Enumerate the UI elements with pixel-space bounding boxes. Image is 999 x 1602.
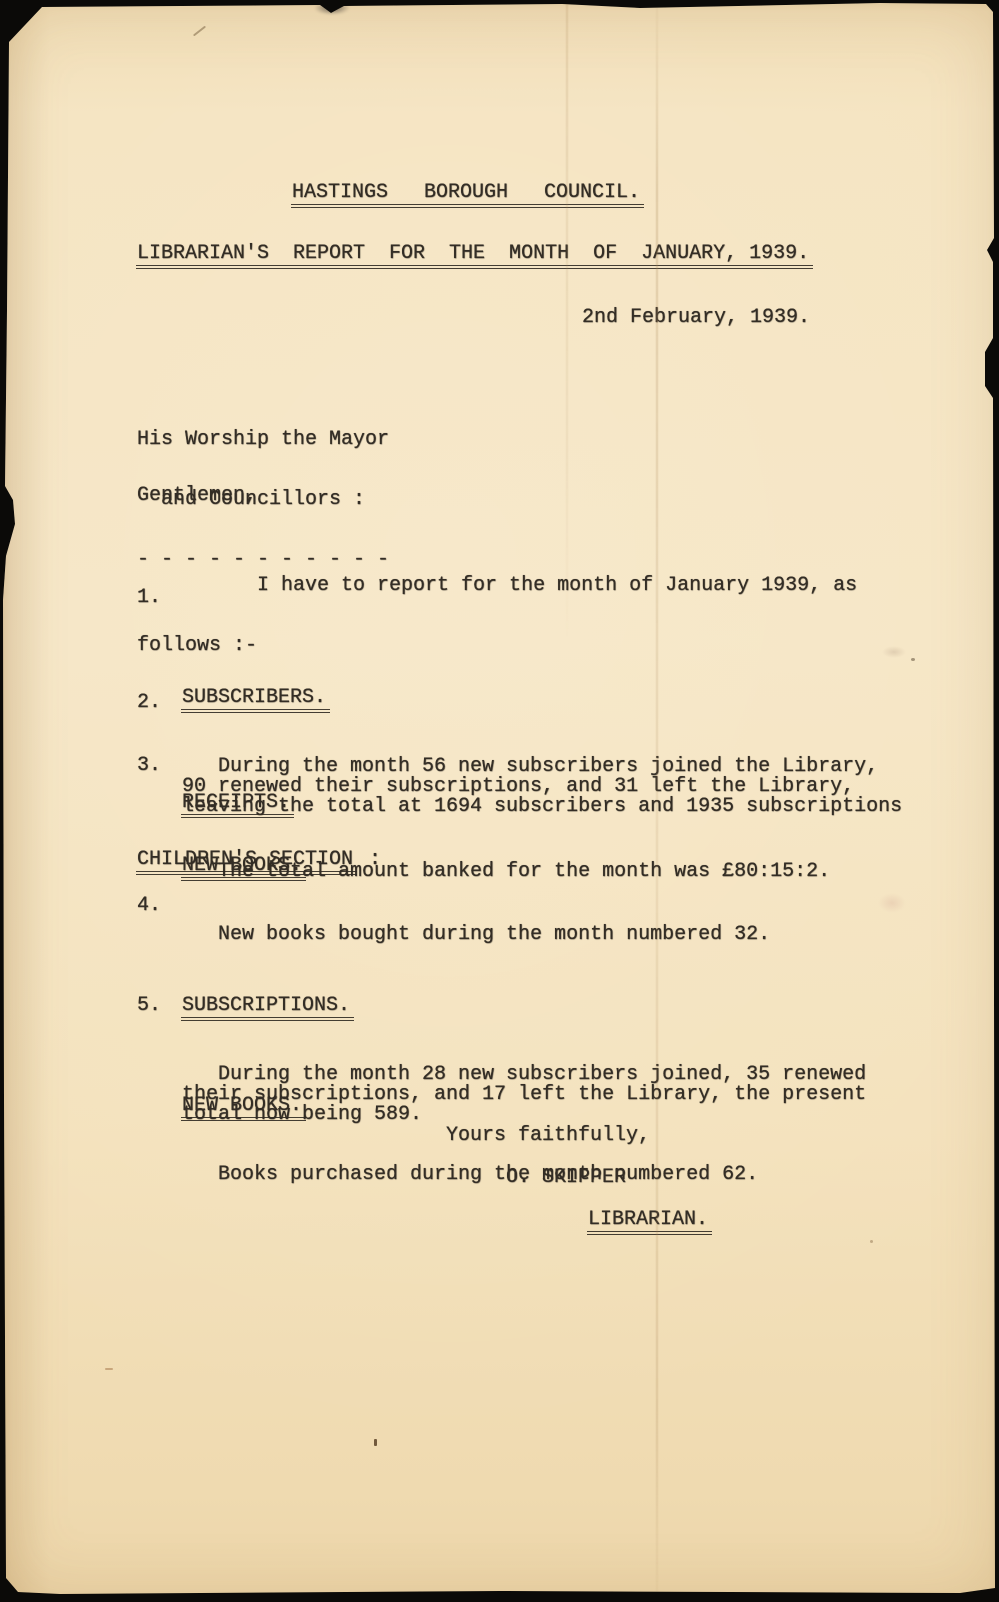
ink-smudge xyxy=(314,1,350,15)
children-section-heading-text: CHILDREN'S SECTION xyxy=(136,850,357,875)
item-number: 2. xyxy=(137,693,161,713)
council-title: HASTINGS BOROUGH COUNCIL. xyxy=(292,183,644,208)
paper-scratch xyxy=(193,26,206,37)
stray-ink-dot xyxy=(911,658,915,661)
children-section-heading: CHILDREN'S SECTION : xyxy=(137,850,381,875)
addressee-line: His Worship the Mayor xyxy=(137,430,389,450)
children-section-heading-colon: : xyxy=(357,848,381,871)
item-number: 1. xyxy=(137,588,161,608)
report-title: LIBRARIAN'S REPORT FOR THE MONTH OF JANU… xyxy=(137,244,813,269)
document-page: HASTINGS BOROUGH COUNCIL. LIBRARIAN'S RE… xyxy=(0,0,999,1602)
item-number: 5. xyxy=(137,996,161,1016)
council-title-text: HASTINGS BOROUGH COUNCIL. xyxy=(291,183,644,208)
item-heading-text: NEW BOOKS. xyxy=(181,1096,306,1121)
item-number: 3. xyxy=(137,756,161,776)
scanned-document: HASTINGS BOROUGH COUNCIL. LIBRARIAN'S RE… xyxy=(0,0,999,1602)
signature-name: O. SKIPPER xyxy=(506,1168,626,1188)
item-heading: NEW BOOKS. xyxy=(182,1096,758,1121)
salutation: Gentlemen, xyxy=(137,486,257,506)
paper-speck xyxy=(870,1240,873,1243)
item-body-line: Books purchased during the month numbere… xyxy=(182,1165,758,1185)
item-number: 4. xyxy=(137,896,161,916)
paper-speck xyxy=(374,1439,377,1446)
paper-speck xyxy=(105,1368,113,1370)
item-body: Books purchased during the month numbere… xyxy=(182,1165,758,1185)
valediction: Yours faithfully, xyxy=(446,1126,650,1146)
signature-role-text: LIBRARIAN. xyxy=(587,1210,712,1235)
report-title-text: LIBRARIAN'S REPORT FOR THE MONTH OF JANU… xyxy=(136,244,813,269)
signature-role: LIBRARIAN. xyxy=(588,1210,712,1235)
date-line: 2nd February, 1939. xyxy=(582,308,810,328)
